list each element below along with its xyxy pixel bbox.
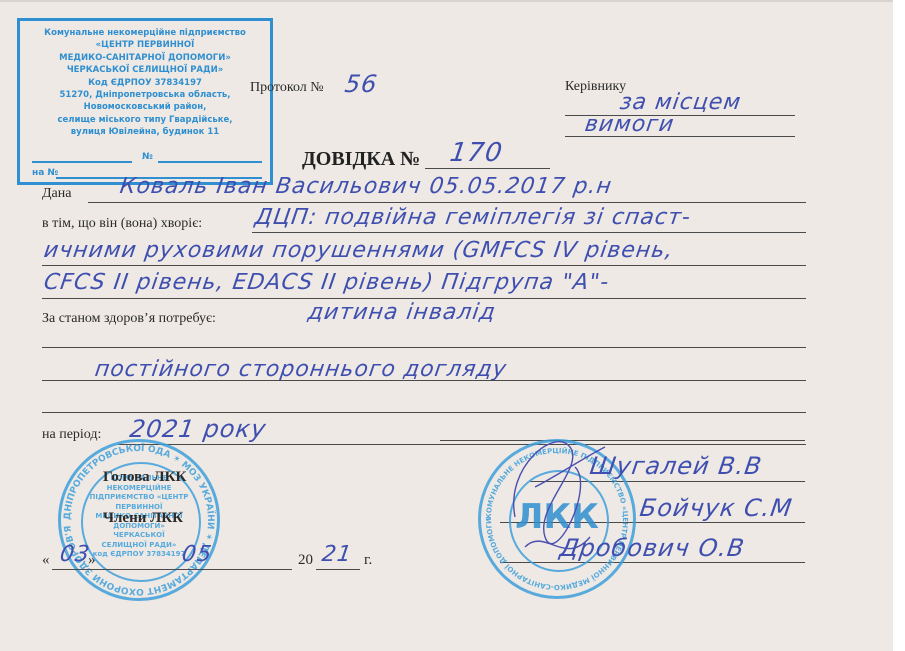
date-close-quote: » — [88, 552, 96, 569]
stamp-on-number-label: на № — [32, 168, 58, 178]
needs-value: постійного стороннього догляду — [93, 357, 508, 382]
stamp-line: вулиця Ювілейна, будинок 11 — [20, 126, 270, 138]
stamp-line: МЕДИКО-САНІТАРНОЇ ДОПОМОГИ» — [20, 52, 270, 64]
protocol-number: 56 — [343, 70, 379, 98]
stamp-line: селище міського типу Гвардійське, — [20, 114, 270, 126]
patient-name: Коваль Іван Васильович 05.05.2017 р.н — [118, 174, 613, 199]
certificate-number-underline — [425, 168, 550, 169]
needs-label: За станом здоров’я потребує: — [42, 311, 216, 327]
date-year-prefix: 20 — [298, 552, 313, 569]
needs-underline-3 — [42, 412, 806, 413]
date-underline — [52, 569, 292, 570]
date-month: 05 — [180, 542, 214, 567]
stamp-line: ЧЕРКАСЬКОЇ СЕЛИЩНОЇ РАДИ» — [20, 64, 270, 76]
members-label: Члени ЛКК — [103, 510, 183, 527]
addressee-label: Керівнику — [565, 79, 626, 95]
diagnosis-underline-3 — [42, 298, 806, 299]
stamp-line: Комунальне некомерційне підприємство — [20, 27, 270, 39]
certificate-number: 170 — [448, 138, 505, 168]
addressee-underline-2 — [565, 136, 795, 137]
stamp-number-line-2 — [158, 161, 262, 163]
stamp-number-label: № — [142, 152, 153, 162]
member1-signature: Бойчук С.М — [638, 494, 794, 522]
stamp-number-line — [32, 161, 132, 163]
date-open-quote: « — [42, 552, 50, 569]
diagnosis-underline-2 — [42, 265, 806, 266]
institution-stamp: Комунальне некомерційне підприємство «ЦЕ… — [17, 18, 273, 185]
member2-signature: Дробович О.В — [558, 534, 747, 562]
diagnosis-label: в тім, що він (вона) хворіє: — [42, 216, 202, 232]
head-label: Голова ЛКК — [103, 469, 186, 486]
protocol-label: Протокол № — [250, 80, 324, 96]
stamp-line: 51270, Дніпропетровська область, — [20, 89, 270, 101]
given-label: Дана — [42, 186, 71, 202]
certificate-paper: Комунальне некомерційне підприємство «ЦЕ… — [0, 0, 893, 651]
date-year-unit: г. — [364, 552, 372, 569]
date-year-underline — [316, 569, 360, 570]
stamp-line: Новомосковський район, — [20, 101, 270, 113]
period-underline — [118, 444, 806, 445]
needs-underline-2 — [42, 380, 806, 381]
diagnosis-line-2: ичними руховими порушеннями (GMFCS IV рі… — [42, 238, 675, 263]
diagnosis-line-1: ДЦП: подвійна геміплегія зі спаст- — [253, 205, 692, 230]
diagnosis-line-3: CFCS II рівень, EDACS II рівень) Підгруп… — [42, 270, 611, 295]
stamp-line: Код ЄДРПОУ 37834197 — [20, 77, 270, 89]
diagnosis-line-4: дитина інвалід — [306, 300, 497, 325]
stamp-line: «ЦЕНТР ПЕРВИННОЇ — [20, 39, 270, 51]
date-day: 03 — [58, 542, 92, 567]
given-underline — [88, 202, 806, 203]
head-signature: Шугалей В.В — [588, 452, 764, 480]
date-year-suffix: 21 — [320, 542, 354, 567]
addressee-line-2: вимоги — [583, 112, 676, 137]
needs-underline-1 — [42, 347, 806, 348]
diagnosis-underline-1 — [252, 232, 806, 233]
certificate-title: ДОВІДКА № — [302, 148, 420, 171]
